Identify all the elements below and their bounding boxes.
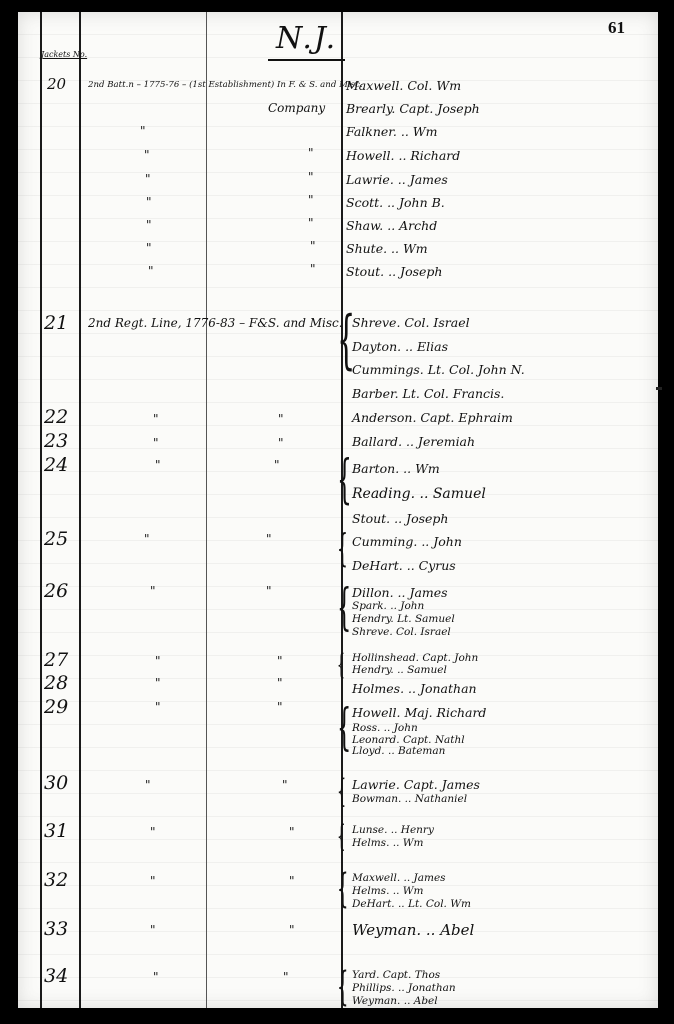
jacket-number: 27 (44, 649, 68, 671)
jacket-number: 29 (44, 696, 68, 718)
ditto-mark: " (277, 700, 283, 714)
ditto-mark: " (308, 146, 314, 160)
soldier-name: Maxwell. .. James (352, 872, 446, 884)
ditto-mark: " (155, 458, 161, 472)
soldier-name: Cumming. .. John (352, 534, 462, 549)
brace-icon: { (337, 651, 345, 679)
ditto-mark: " (155, 654, 161, 668)
ditto-mark: " (278, 412, 284, 426)
ditto-mark: " (148, 264, 154, 278)
ditto-mark: " (150, 825, 156, 839)
soldier-name: Reading. .. Samuel (352, 486, 486, 502)
soldier-name: Anderson. Capt. Ephraim (352, 410, 513, 425)
soldier-name: Weyman. .. Abel (352, 995, 438, 1007)
soldier-name: DeHart. .. Cyrus (352, 558, 456, 573)
unit-description: 2nd Batt.n – 1775-76 – (1st Establishmen… (88, 80, 363, 90)
ditto-mark: " (146, 241, 152, 255)
ditto-mark: " (145, 172, 151, 186)
brace-icon: { (337, 582, 351, 632)
unit-description-cont: Company (268, 101, 325, 115)
page-title: N.J. (268, 20, 345, 61)
soldier-name: Shaw. .. Archd (346, 218, 437, 233)
page-edge-mark (656, 387, 662, 390)
soldier-name: Lawrie. .. James (346, 172, 448, 187)
soldier-name: Dillon. .. James (352, 585, 448, 600)
soldier-name: DeHart. .. Lt. Col. Wm (352, 898, 471, 910)
ditto-mark: " (150, 584, 156, 598)
jacket-number: 24 (44, 454, 68, 476)
column-rule-names (341, 12, 343, 1008)
ditto-mark: " (310, 239, 316, 253)
brace-icon: { (337, 967, 348, 1007)
unit-description: 2nd Regt. Line, 1776-83 – F&S. and Misc. (88, 316, 343, 330)
soldier-name: Phillips. .. Jonathan (352, 982, 456, 994)
brace-icon: { (337, 775, 346, 807)
soldier-name: Howell. Maj. Richard (352, 705, 486, 720)
soldier-name: Shute. .. Wm (346, 241, 428, 256)
ditto-mark: " (274, 458, 280, 472)
jacket-number: 28 (44, 672, 68, 694)
brace-icon: { (337, 529, 348, 567)
ditto-mark: " (155, 700, 161, 714)
soldier-name: Maxwell. Col. Wm (346, 78, 461, 93)
soldier-name: Stout. .. Joseph (352, 511, 448, 526)
ditto-mark: " (310, 262, 316, 276)
jacket-number: 21 (44, 312, 68, 334)
ditto-mark: " (146, 218, 152, 232)
soldier-name: Barton. .. Wm (352, 461, 440, 476)
soldier-name: Hendry. Lt. Samuel (352, 613, 455, 625)
soldier-name: Hollinshead. Capt. John (352, 652, 478, 664)
soldier-name: Lunse. .. Henry (352, 824, 434, 836)
brace-icon: { (337, 454, 352, 506)
column-rule-jacket (79, 12, 81, 1008)
soldier-name: Dayton. .. Elias (352, 339, 448, 354)
ditto-mark: " (145, 778, 151, 792)
soldier-name: Stout. .. Joseph (346, 264, 442, 279)
soldier-name: Helms. .. Wm (352, 885, 424, 897)
soldier-name: Shreve. Col. Israel (352, 626, 451, 638)
ditto-mark: " (140, 124, 146, 138)
soldier-name: Brearly. Capt. Joseph (346, 101, 480, 116)
jacket-number: 26 (44, 580, 68, 602)
soldier-name: Holmes. .. Jonathan (352, 681, 477, 696)
jacket-number: 30 (44, 772, 68, 794)
soldier-name: Yard. Capt. Thos (352, 969, 440, 981)
ditto-mark: " (153, 436, 159, 450)
soldier-name: Spark. .. John (352, 600, 424, 612)
jacket-number: 34 (44, 965, 68, 987)
ditto-mark: " (153, 412, 159, 426)
ditto-mark: " (277, 654, 283, 668)
soldier-name: Helms. .. Wm (352, 837, 424, 849)
ditto-mark: " (150, 923, 156, 937)
column-rule-left (40, 12, 42, 1008)
ditto-mark: " (289, 874, 295, 888)
jacket-number: 23 (44, 430, 68, 452)
jacket-number: 32 (44, 869, 68, 891)
ditto-mark: " (308, 216, 314, 230)
ditto-mark: " (308, 193, 314, 207)
jacket-number: 22 (44, 406, 68, 428)
ditto-mark: " (150, 874, 156, 888)
soldier-name: Falkner. .. Wm (346, 124, 437, 139)
brace-icon: { (337, 702, 351, 752)
ledger-page: 61 N.J. Jackets No. 20 2nd Batt.n – 1775… (18, 12, 658, 1008)
soldier-name: Shreve. Col. Israel (352, 315, 470, 330)
ditto-mark: " (144, 148, 150, 162)
ditto-mark: " (266, 584, 272, 598)
jacket-number: 25 (44, 528, 68, 550)
jacket-number: 33 (44, 918, 68, 940)
ditto-mark: " (289, 825, 295, 839)
ditto-mark: " (155, 676, 161, 690)
ditto-mark: " (283, 970, 289, 984)
soldier-name: Cummings. Lt. Col. John N. (352, 362, 525, 377)
soldier-name: Howell. .. Richard (346, 148, 460, 163)
soldier-name: Lawrie. Capt. James (352, 777, 480, 792)
column-rule-unit (206, 12, 207, 1008)
ditto-mark: " (146, 195, 152, 209)
soldier-name: Weyman. .. Abel (352, 921, 474, 939)
brace-icon: { (337, 869, 348, 909)
ditto-mark: " (282, 778, 288, 792)
jacket-column-header: Jackets No. (41, 50, 87, 59)
ditto-mark: " (308, 170, 314, 184)
soldier-name: Barber. Lt. Col. Francis. (352, 386, 504, 401)
ditto-mark: " (289, 923, 295, 937)
brace-icon: { (337, 822, 346, 852)
ditto-mark: " (266, 532, 272, 546)
ditto-mark: " (277, 676, 283, 690)
ditto-mark: " (153, 970, 159, 984)
jacket-number: 20 (47, 75, 66, 93)
soldier-name: Hendry. .. Samuel (352, 664, 447, 676)
soldier-name: Scott. .. John B. (346, 195, 445, 210)
soldier-name: Ross. .. John (352, 722, 418, 734)
soldier-name: Bowman. .. Nathaniel (352, 793, 467, 805)
soldier-name: Lloyd. .. Bateman (352, 745, 445, 757)
page-number: 61 (608, 18, 625, 38)
soldier-name: Ballard. .. Jeremiah (352, 434, 475, 449)
ditto-mark: " (144, 532, 150, 546)
ditto-mark: " (278, 436, 284, 450)
jacket-number: 31 (44, 820, 68, 842)
